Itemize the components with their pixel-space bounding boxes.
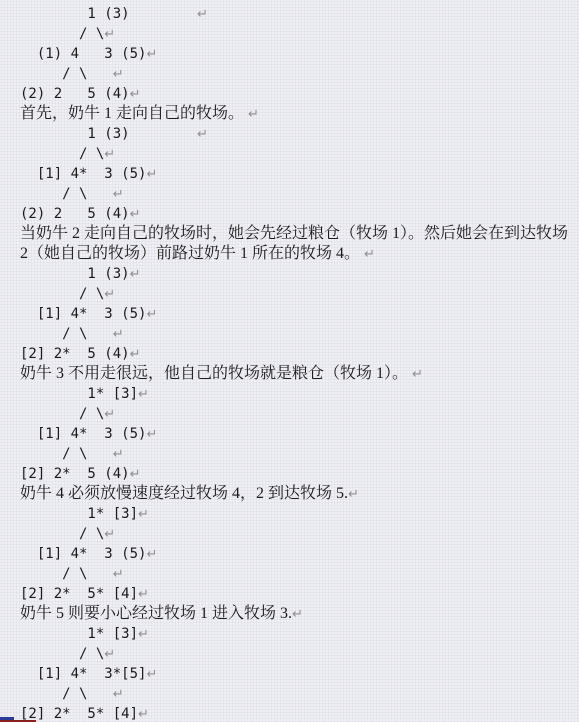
tree-ascii-line: (2) 2 5 (4)↵ — [20, 204, 579, 224]
line-text: (2) 2 5 (4) — [20, 86, 130, 102]
tree-ascii-line: [1] 4* 3 (5)↵ — [20, 544, 579, 564]
tree-ascii-line: / \↵ — [20, 144, 579, 164]
line-break-mark: ↵ — [130, 467, 141, 482]
line-text: (1) 4 3 (5) — [20, 46, 146, 62]
tree-ascii-line: 1 (3) ↵ — [20, 124, 579, 144]
line-tail-space — [130, 126, 197, 142]
line-text: 当奶牛 2 走向自己的牧场时，她会先经过粮仓（牧场 1）。然后她会在到达牧场 — [20, 225, 568, 242]
line-text: 1* [3] — [20, 626, 138, 642]
tree-ascii-line: / \ ↵ — [20, 184, 579, 204]
line-tail-space — [87, 326, 112, 342]
line-text: [1] 4* 3 (5) — [20, 166, 146, 182]
line-text: / \ — [20, 686, 87, 702]
line-break-mark: ↵ — [146, 547, 157, 562]
line-text: [2] 2* 5 (4) — [20, 466, 130, 482]
line-break-mark: ↵ — [197, 7, 208, 22]
line-break-mark: ↵ — [130, 87, 141, 102]
tree-ascii-line: [1] 4* 3 (5)↵ — [20, 164, 579, 184]
line-text: / \ — [20, 66, 87, 82]
paragraph-line: 奶牛 5 则要小心经过牧场 1 进入牧场 3.↵ — [20, 604, 579, 624]
line-text: 1 (3) — [20, 126, 130, 142]
line-break-mark: ↵ — [146, 307, 157, 322]
line-text: 首先，奶牛 1 走向自己的牧场。 — [20, 105, 244, 122]
tree-ascii-line: [2] 2* 5 (4)↵ — [20, 344, 579, 364]
line-break-mark: ↵ — [138, 507, 149, 522]
line-break-mark: ↵ — [138, 387, 149, 402]
line-break-mark: ↵ — [113, 187, 124, 202]
line-break-mark: ↵ — [197, 127, 208, 142]
line-text: (2) 2 5 (4) — [20, 206, 130, 222]
line-tail-space — [87, 566, 112, 582]
line-tail-space — [87, 686, 112, 702]
line-text: [2] 2* 5 (4) — [20, 346, 130, 362]
document-text-area[interactable]: 1 (3) ↵ / \↵ (1) 4 3 (5)↵ / \ ↵(2) 2 5 (… — [0, 0, 579, 722]
line-text: 1 (3) — [20, 266, 130, 282]
tree-ascii-line: / \ ↵ — [20, 564, 579, 584]
line-break-mark: ↵ — [138, 587, 149, 602]
tree-ascii-line: [1] 4* 3*[5]↵ — [20, 664, 579, 684]
tree-ascii-line: / \ ↵ — [20, 324, 579, 344]
paragraph-line: 奶牛 4 必须放慢速度经过牧场 4，2 到达牧场 5.↵ — [20, 484, 579, 504]
tree-ascii-line: 1 (3) ↵ — [20, 4, 579, 24]
paragraph-line: 2（她自己的牧场）前路过奶牛 1 所在的牧场 4。 ↵ — [20, 244, 579, 264]
line-text: 奶牛 4 必须放慢速度经过牧场 4，2 到达牧场 5. — [20, 485, 348, 502]
tree-ascii-line: 1* [3]↵ — [20, 504, 579, 524]
line-text: [2] 2* 5* [4] — [20, 586, 138, 602]
line-break-mark: ↵ — [113, 567, 124, 582]
line-break-mark: ↵ — [292, 607, 303, 622]
line-text: / \ — [20, 446, 87, 462]
line-break-mark: ↵ — [104, 527, 115, 542]
tree-ascii-line: / \↵ — [20, 644, 579, 664]
line-tail-space — [87, 66, 112, 82]
line-break-mark: ↵ — [104, 407, 115, 422]
tree-ascii-line: 1 (3)↵ — [20, 264, 579, 284]
tree-ascii-line: 1* [3]↵ — [20, 624, 579, 644]
line-text: / \ — [20, 646, 104, 662]
paragraph-line: 当奶牛 2 走向自己的牧场时，她会先经过粮仓（牧场 1）。然后她会在到达牧场 — [20, 224, 579, 244]
line-break-mark: ↵ — [113, 687, 124, 702]
tree-ascii-line: [2] 2* 5 (4)↵ — [20, 464, 579, 484]
tree-ascii-line: [1] 4* 3 (5)↵ — [20, 424, 579, 444]
line-text: / \ — [20, 406, 104, 422]
line-break-mark: ↵ — [104, 147, 115, 162]
line-text: 1* [3] — [20, 506, 138, 522]
tree-ascii-line: [1] 4* 3 (5)↵ — [20, 304, 579, 324]
line-text: / \ — [20, 566, 87, 582]
line-text: [1] 4* 3 (5) — [20, 426, 146, 442]
line-text: [1] 4* 3 (5) — [20, 546, 146, 562]
line-break-mark: ↵ — [146, 167, 157, 182]
line-text: [2] 2* 5* [4] — [20, 706, 138, 722]
line-break-mark: ↵ — [248, 107, 259, 122]
line-break-mark: ↵ — [348, 487, 359, 502]
line-tail-space — [87, 446, 112, 462]
line-break-mark: ↵ — [130, 267, 141, 282]
line-break-mark: ↵ — [113, 327, 124, 342]
line-break-mark: ↵ — [130, 347, 141, 362]
line-tail-space — [87, 186, 112, 202]
tree-ascii-line: / \↵ — [20, 404, 579, 424]
line-text: / \ — [20, 526, 104, 542]
tree-ascii-line: [2] 2* 5* [4]↵ — [20, 584, 579, 604]
line-break-mark: ↵ — [113, 67, 124, 82]
tree-ascii-line: / \ ↵ — [20, 684, 579, 704]
tree-ascii-line: (1) 4 3 (5)↵ — [20, 44, 579, 64]
tree-ascii-line: / \↵ — [20, 284, 579, 304]
line-break-mark: ↵ — [130, 207, 141, 222]
line-break-mark: ↵ — [138, 627, 149, 642]
tree-ascii-line: (2) 2 5 (4)↵ — [20, 84, 579, 104]
line-text: / \ — [20, 186, 87, 202]
line-break-mark: ↵ — [412, 367, 423, 382]
line-text: / \ — [20, 326, 87, 342]
line-text: 1 (3) — [20, 6, 130, 22]
line-text: 2（她自己的牧场）前路过奶牛 1 所在的牧场 4。 — [20, 245, 360, 262]
line-text: / \ — [20, 146, 104, 162]
tree-ascii-line: / \↵ — [20, 524, 579, 544]
tree-ascii-line: / \ ↵ — [20, 64, 579, 84]
line-text: 1* [3] — [20, 386, 138, 402]
line-break-mark: ↵ — [104, 287, 115, 302]
line-break-mark: ↵ — [138, 707, 149, 722]
line-break-mark: ↵ — [104, 27, 115, 42]
line-text: 奶牛 5 则要小心经过牧场 1 进入牧场 3. — [20, 605, 292, 622]
line-break-mark: ↵ — [364, 247, 375, 262]
tree-ascii-line: [2] 2* 5* [4]↵ — [20, 704, 579, 722]
paragraph-line: 奶牛 3 不用走很远，他自己的牧场就是粮仓（牧场 1）。 ↵ — [20, 364, 579, 384]
line-break-mark: ↵ — [146, 667, 157, 682]
line-text: [1] 4* 3*[5] — [20, 666, 146, 682]
line-text: [1] 4* 3 (5) — [20, 306, 146, 322]
paragraph-line: 首先，奶牛 1 走向自己的牧场。 ↵ — [20, 104, 579, 124]
line-text: / \ — [20, 286, 104, 302]
line-break-mark: ↵ — [113, 447, 124, 462]
line-break-mark: ↵ — [146, 47, 157, 62]
tree-ascii-line: 1* [3]↵ — [20, 384, 579, 404]
line-break-mark: ↵ — [104, 647, 115, 662]
line-text: / \ — [20, 26, 104, 42]
tree-ascii-line: / \ ↵ — [20, 444, 579, 464]
tree-ascii-line: / \↵ — [20, 24, 579, 44]
line-break-mark: ↵ — [146, 427, 157, 442]
line-tail-space — [130, 6, 197, 22]
line-text: 奶牛 3 不用走很远，他自己的牧场就是粮仓（牧场 1）。 — [20, 365, 408, 382]
